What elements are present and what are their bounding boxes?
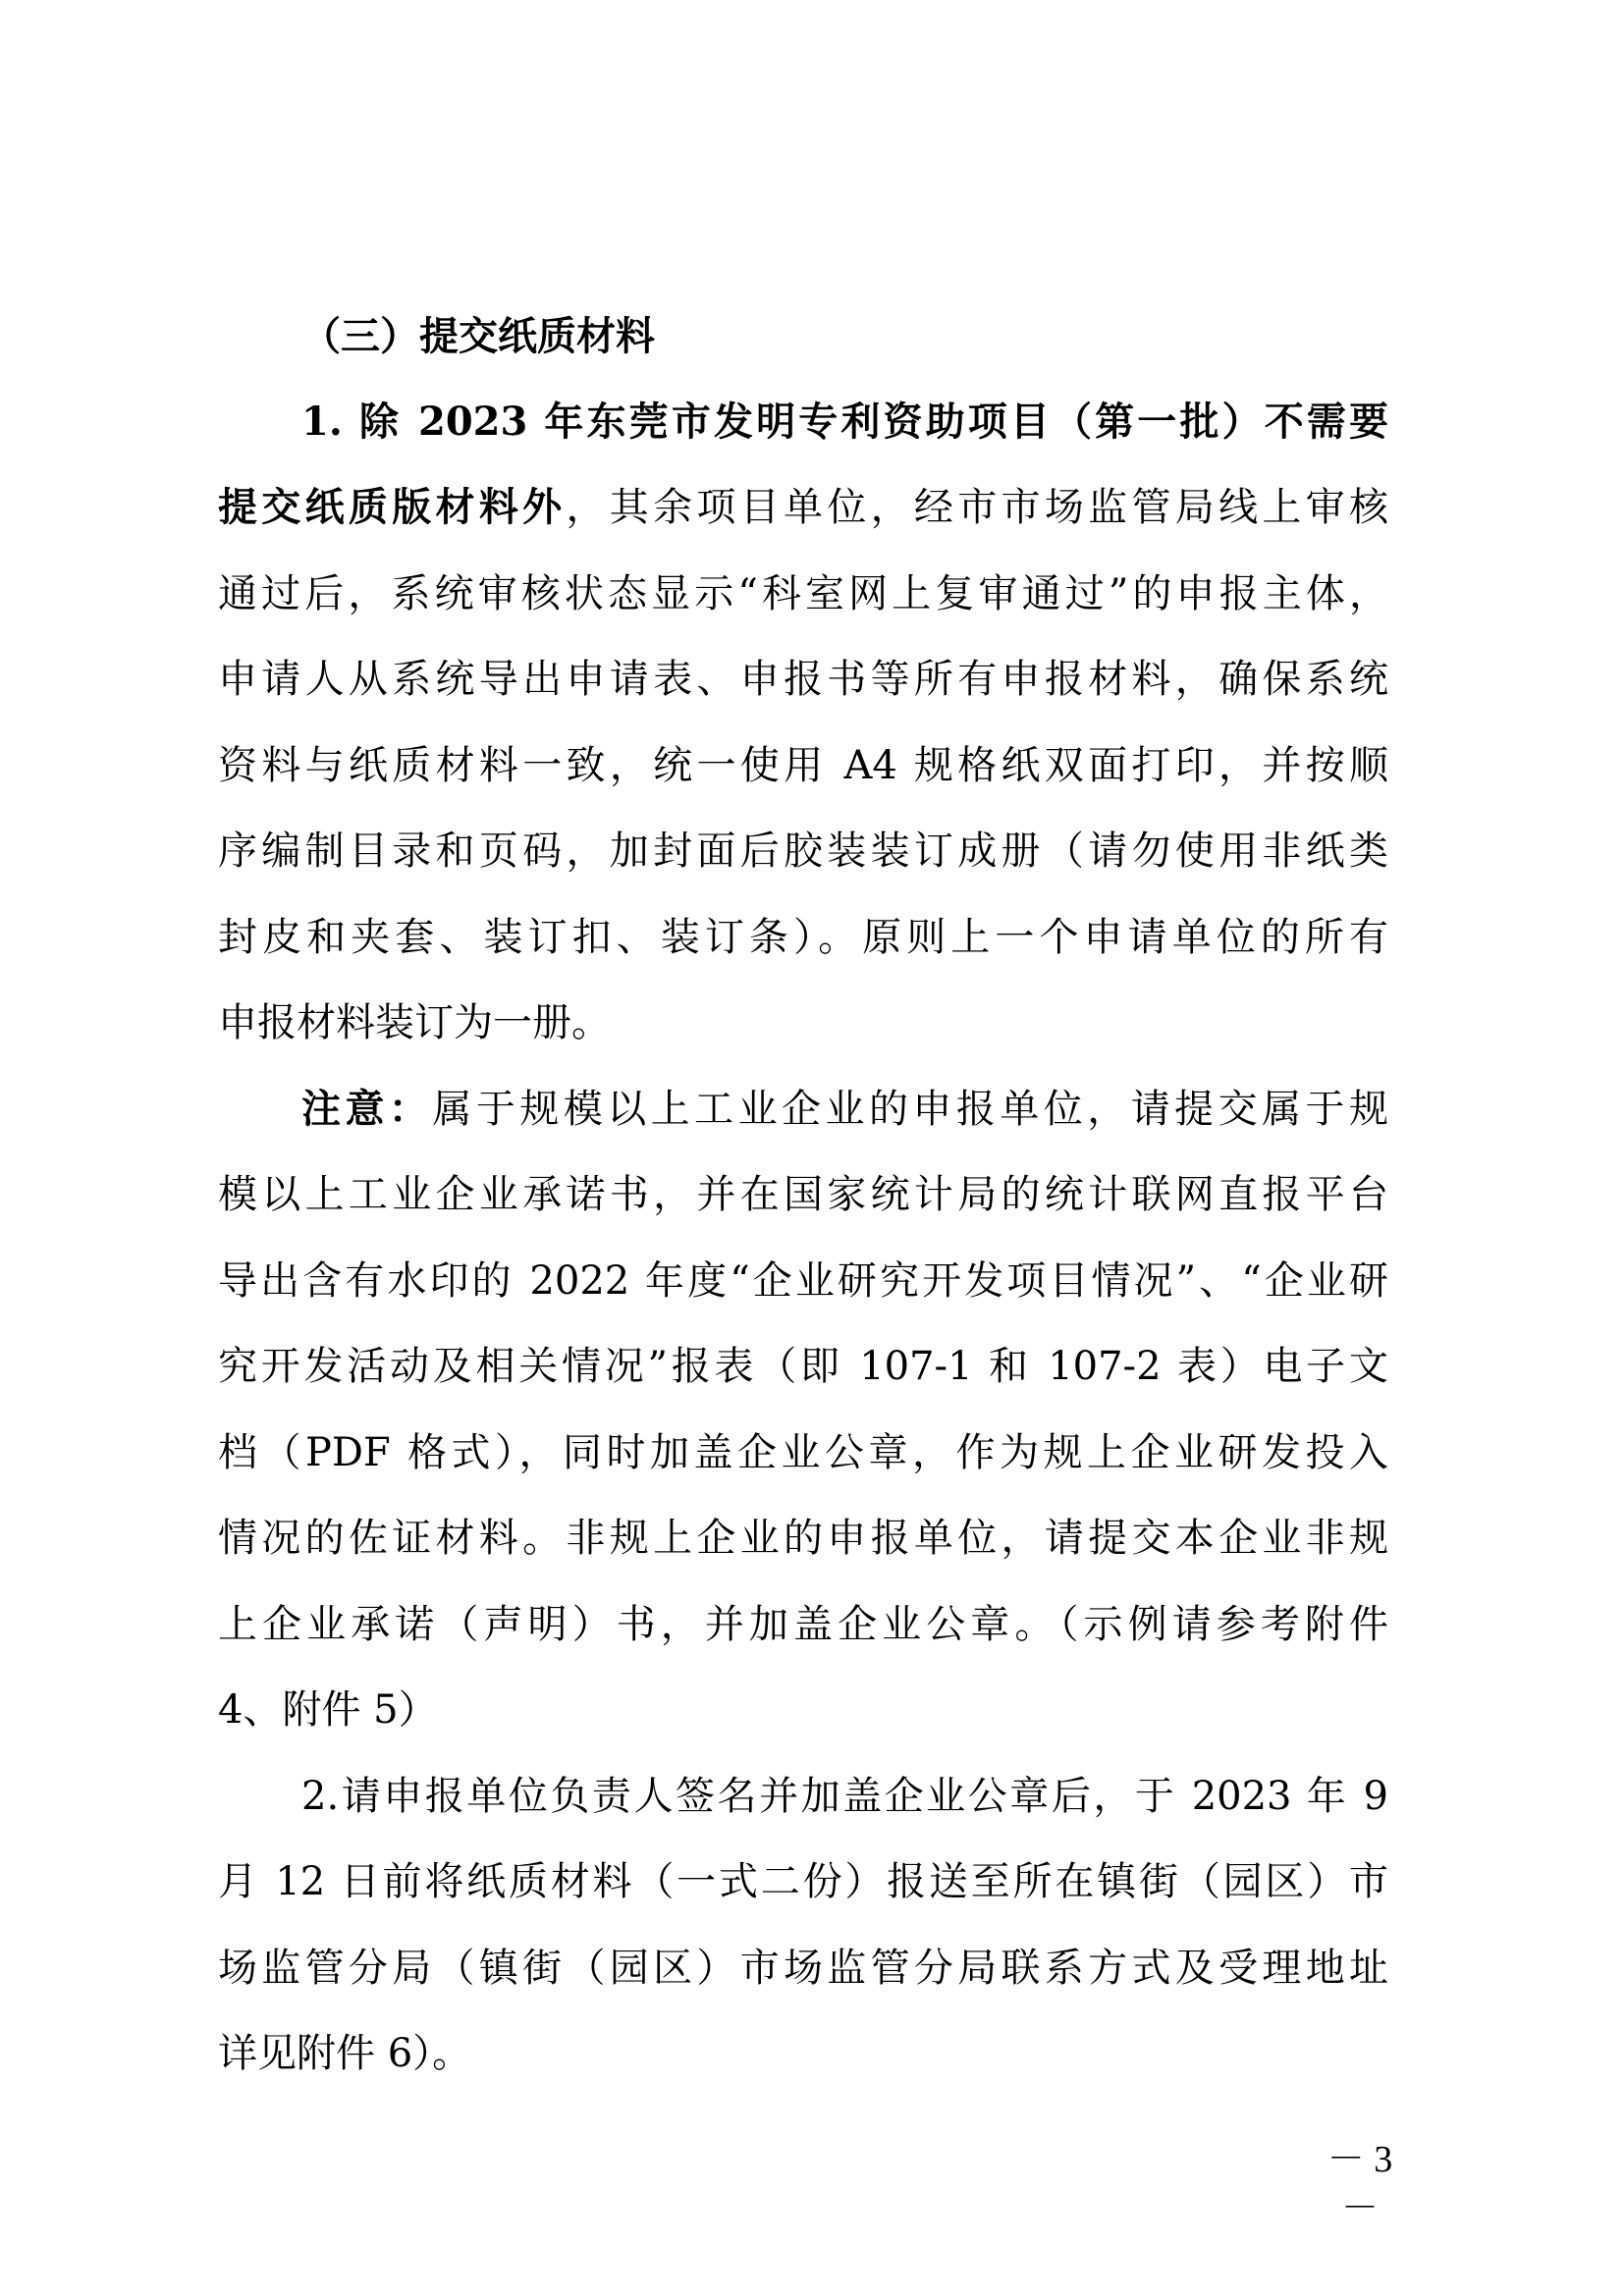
note-line-8: 4、附件 5） [218, 1681, 1388, 1739]
note-line-5: 档（PDF 格式），同时加盖企业公章，作为规上企业研发投入 [218, 1423, 1388, 1482]
item1-line-4: 申请人从系统导出申请表、申报书等所有申报材料，确保系统 [218, 650, 1388, 709]
note-line-6: 情况的佐证材料。非规上企业的申报单位，请提交本企业非规 [218, 1509, 1388, 1568]
item2-line-4: 详见附件 6）。 [218, 2024, 1388, 2083]
item1-line-2-text: ，其余项目单位，经市市场监管局线上审核 [566, 485, 1388, 530]
item1-line-3: 通过后，系统审核状态显示“科室网上复审通过”的申报主体， [218, 564, 1388, 623]
item2-line-2: 月 12 日前将纸质材料（一式二份）报送至所在镇街（园区）市 [218, 1852, 1388, 1911]
item1-line-5: 资料与纸质材料一致，统一使用 A4 规格纸双面打印，并按顺 [218, 736, 1388, 795]
item2-line-3: 场监管分局（镇街（园区）市场监管分局联系方式及受理地址 [218, 1939, 1388, 1998]
item1-bold-lead: 提交纸质版材料外 [218, 484, 566, 530]
note-line-2: 模以上工业企业承诺书，并在国家统计局的统计联网直报平台 [218, 1165, 1388, 1224]
page-number: － 3 － [1306, 2135, 1414, 2184]
item1-line-2: 提交纸质版材料外，其余项目单位，经市市场监管局线上审核 [218, 478, 1388, 537]
note-label: 注意： [301, 1086, 432, 1132]
note-line-7: 上企业承诺（声明）书，并加盖企业公章。（示例请参考附件 [218, 1595, 1388, 1654]
item1-line-8: 申报材料装订为一册。 [218, 993, 1388, 1052]
item1-line-1: 1. 除 2023 年东莞市发明专利资助项目（第一批）不需要 [301, 393, 1388, 452]
item1-line-7: 封皮和夹套、装订扣、装订条）。原则上一个申请单位的所有 [218, 908, 1388, 967]
note-line-3: 导出含有水印的 2022 年度“企业研究开发项目情况”、“企业研 [218, 1252, 1388, 1310]
item2-line-1: 2.请申报单位负责人签名并加盖企业公章后，于 2023 年 9 [301, 1767, 1388, 1826]
document-page: （三）提交纸质材料 1. 除 2023 年东莞市发明专利资助项目（第一批）不需要… [0, 0, 1624, 2296]
item1-line-6: 序编制目录和页码，加封面后胶装装订成册（请勿使用非纸类 [218, 822, 1388, 881]
note-line-4: 究开发活动及相关情况”报表（即 107-1 和 107-2 表）电子文 [218, 1337, 1388, 1396]
note-line-1: 注意：属于规模以上工业企业的申报单位，请提交属于规 [301, 1080, 1388, 1139]
note-line-1-text: 属于规模以上工业企业的申报单位，请提交属于规 [432, 1087, 1388, 1132]
section-heading: （三）提交纸质材料 [301, 307, 891, 366]
